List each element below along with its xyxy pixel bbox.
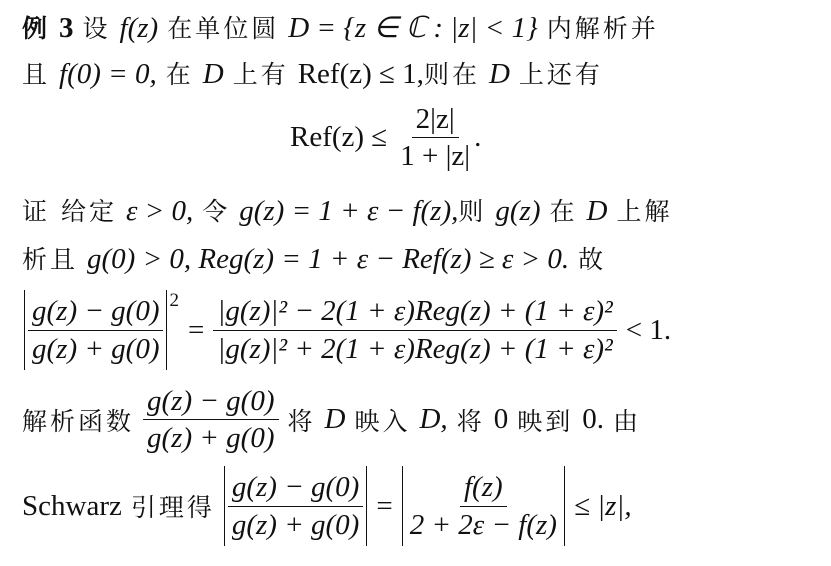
- fraction: 2|z| 1 + |z|: [396, 104, 474, 172]
- exponent: 2: [169, 290, 179, 312]
- proof-line-1: 证 给定 ε > 0, 令 g(z) = 1 + ε − f(z), 则 g(z…: [22, 197, 672, 226]
- math: D: [489, 60, 510, 89]
- equals: =: [376, 490, 392, 523]
- math-lhs: Ref(z) ≤: [290, 121, 387, 154]
- proof-line-4: Schwarz 引理得 g(z) − g(0) g(z) + g(0) = f(…: [22, 466, 632, 546]
- text: 上还有: [519, 62, 603, 87]
- math: Ref(z) ≤ 1,: [298, 60, 424, 89]
- text: 映到: [517, 402, 573, 438]
- text: 故: [578, 247, 606, 272]
- text-schwarz: Schwarz: [22, 490, 122, 523]
- proof-line-3: 解析函数 g(z) − g(0) g(z) + g(0) 将 D 映入 D, 将…: [22, 386, 641, 454]
- example-number: 3: [59, 14, 74, 43]
- example-line-1: 例 3 设 f(z) 在单位圆 D = {z ∈ ℂ : |z| < 1} 内解…: [22, 14, 659, 43]
- period: .: [474, 121, 481, 154]
- text: 在: [550, 199, 578, 224]
- inequality: ≤ |z|,: [574, 490, 632, 523]
- text: 上有: [233, 62, 289, 87]
- text: 在单位圆: [167, 16, 279, 41]
- fraction: g(z) − g(0) g(z) + g(0): [28, 296, 163, 364]
- text: 则在: [424, 62, 480, 87]
- denominator: 2 + 2ε − f(z): [406, 507, 561, 540]
- absolute-value: g(z) − g(0) g(z) + g(0): [24, 290, 167, 370]
- text: 将: [457, 402, 485, 438]
- numerator: |g(z)|² − 2(1 + ε)Reg(z) + (1 + ε)²: [213, 296, 616, 330]
- math: D: [325, 403, 346, 436]
- numerator: f(z): [460, 472, 507, 506]
- text: 证 给定: [22, 199, 117, 224]
- denominator: g(z) + g(0): [228, 507, 363, 540]
- math: D: [587, 197, 608, 226]
- equation-modulus-squared: g(z) − g(0) g(z) + g(0) 2 = |g(z)|² − 2(…: [24, 290, 671, 370]
- inequality: < 1.: [626, 314, 671, 347]
- denominator: g(z) + g(0): [143, 420, 278, 453]
- math: D,: [419, 403, 447, 436]
- math: 0: [494, 403, 509, 436]
- display-equation: Ref(z) ≤ 2|z| 1 + |z| .: [290, 104, 481, 172]
- example-label: 例: [22, 16, 50, 41]
- numerator: g(z) − g(0): [228, 472, 363, 506]
- text: 则: [458, 199, 486, 224]
- text: 令: [202, 199, 230, 224]
- text: 内解析并: [547, 16, 659, 41]
- text: 设: [83, 16, 111, 41]
- absolute-value: g(z) − g(0) g(z) + g(0): [224, 466, 367, 546]
- numerator: g(z) − g(0): [143, 386, 278, 420]
- fraction: |g(z)|² − 2(1 + ε)Reg(z) + (1 + ε)² |g(z…: [213, 296, 616, 364]
- absolute-value: f(z) 2 + 2ε − f(z): [402, 466, 565, 546]
- text: 析且: [22, 247, 78, 272]
- text: 引理得: [131, 488, 215, 524]
- text: 在: [166, 62, 194, 87]
- math: 0.: [582, 403, 604, 436]
- fraction: g(z) − g(0) g(z) + g(0): [228, 472, 363, 540]
- text: 解析函数: [22, 402, 134, 438]
- fraction: f(z) 2 + 2ε − f(z): [406, 472, 561, 540]
- numerator: g(z) − g(0): [28, 296, 163, 330]
- text: 上解: [616, 199, 672, 224]
- math-set-D: D = {z ∈ ℂ : |z| < 1}: [288, 14, 537, 43]
- denominator: 1 + |z|: [396, 138, 474, 171]
- equals: =: [188, 314, 204, 347]
- text: 将: [288, 402, 316, 438]
- denominator: |g(z)|² + 2(1 + ε)Reg(z) + (1 + ε)²: [213, 331, 616, 364]
- text: 且: [22, 62, 50, 87]
- math: f(0) = 0,: [59, 60, 157, 89]
- math: g(0) > 0, Reg(z) = 1 + ε − Ref(z) ≥ ε > …: [87, 245, 569, 274]
- math: g(z) = 1 + ε − f(z),: [239, 197, 458, 226]
- math: ε > 0,: [126, 197, 193, 226]
- text: 由: [613, 402, 641, 438]
- text: 映入: [354, 402, 410, 438]
- math: g(z): [495, 197, 540, 226]
- example-line-2: 且 f(0) = 0, 在 D 上有 Ref(z) ≤ 1, 则在 D 上还有: [22, 60, 603, 89]
- math: f(z): [120, 14, 159, 43]
- math: D: [203, 60, 224, 89]
- proof-line-2: 析且 g(0) > 0, Reg(z) = 1 + ε − Ref(z) ≥ ε…: [22, 245, 606, 274]
- fraction: g(z) − g(0) g(z) + g(0): [143, 386, 278, 454]
- numerator: 2|z|: [412, 104, 459, 138]
- denominator: g(z) + g(0): [28, 331, 163, 364]
